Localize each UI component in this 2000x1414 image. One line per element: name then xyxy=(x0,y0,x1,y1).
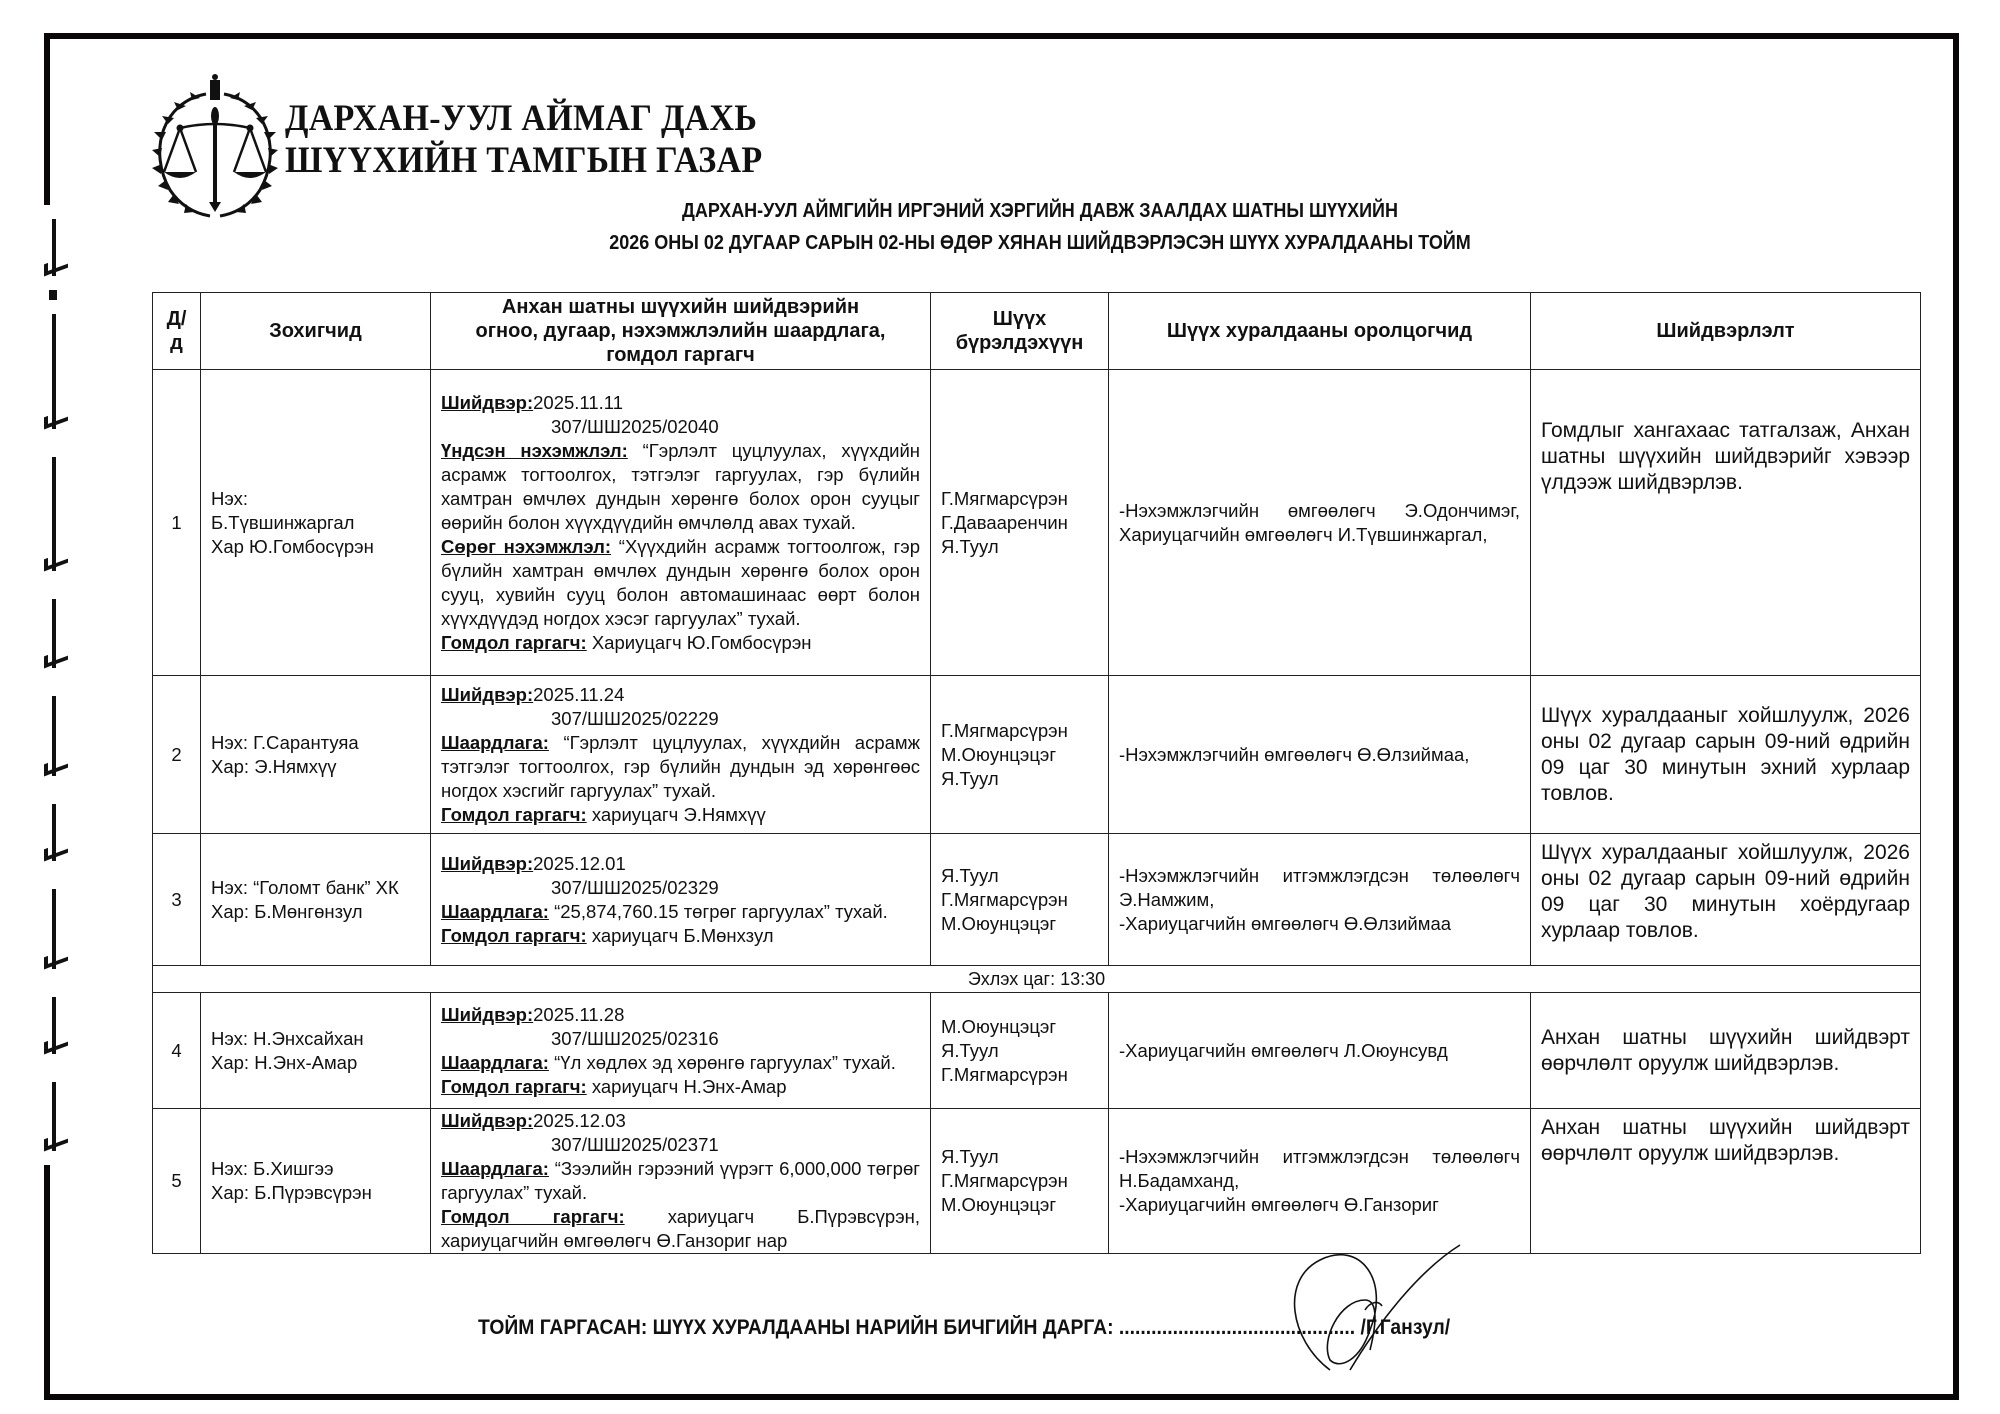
judge: Я.Туул xyxy=(941,1145,1098,1169)
resolution-cell: Шүүх хуралдааныг хойшлуулж, 2026 оны 02 … xyxy=(1531,834,1921,966)
participants-cell: -Нэхэмжлэгчийн өмгөөлөгч Ө.Өлзиймаа, xyxy=(1109,676,1531,834)
participants-cell: -Нэхэмжлэгчийн итгэмжлэгдсэн төлөөлөгч Н… xyxy=(1109,1109,1531,1254)
party: Нэх: xyxy=(211,487,420,511)
claim-label: Шаардлага: xyxy=(441,1158,549,1179)
case-number: 307/ШШ2025/02329 xyxy=(441,876,920,900)
mongolian-word-glyph xyxy=(40,457,66,571)
resolution-cell: Шүүх хуралдааныг хойшлуулж, 2026 оны 02 … xyxy=(1531,676,1921,834)
decision-date: 2025.12.03 xyxy=(533,1110,626,1131)
table-row: 3Нэх: “Голомт банк” ХКХар: Б.МөнгөнзулШи… xyxy=(153,834,1921,966)
first-instance-decision-cell: Шийдвэр:2025.11.28307/ШШ2025/02316Шаардл… xyxy=(431,993,931,1109)
claim-label: Үндсэн нэхэмжлэл: xyxy=(441,440,628,461)
appellant: Хариуцагч Ю.Гомбосүрэн xyxy=(592,632,812,653)
mongolian-word-glyph xyxy=(40,889,66,969)
first-instance-decision-cell: Шийдвэр:2025.12.03307/ШШ2025/02371Шаардл… xyxy=(431,1109,931,1254)
resolution-cell: Анхан шатны шүүхийн шийдвэрт өөрчлөлт ор… xyxy=(1531,993,1921,1109)
resolution-cell: Гомдлыг хангахаас татгалзаж, Анхан шатны… xyxy=(1531,370,1921,676)
organization-name-line1: ДАРХАН-УУЛ АЙМАГ ДАХЬ xyxy=(285,98,762,140)
appellant: хариуцагч Н.Энх-Амар xyxy=(592,1076,787,1097)
participants-cell: -Нэхэмжлэгчийн итгэмжлэгдсэн төлөөлөгч Э… xyxy=(1109,834,1531,966)
party: Хар: Б.Пүрэвсүрэн xyxy=(211,1181,420,1205)
column-header-bench: Шүүхбүрэлдэхүүн xyxy=(931,293,1109,370)
participant: -Нэхэмжлэгчийн өмгөөлөгч Э.Одончимэг, Ха… xyxy=(1119,499,1520,547)
judge: М.Оюунцэцэг xyxy=(941,1015,1098,1039)
judge: Г.Мягмарсүрэн xyxy=(941,888,1098,912)
judge: Я.Туул xyxy=(941,1039,1098,1063)
mongolian-word-glyph xyxy=(40,804,66,861)
first-instance-decision-cell: Шийдвэр:2025.11.24307/ШШ2025/02229Шаардл… xyxy=(431,676,931,834)
case-number: 307/ШШ2025/02371 xyxy=(441,1133,920,1157)
resolution-cell: Анхан шатны шүүхийн шийдвэрт өөрчлөлт ор… xyxy=(1531,1109,1921,1254)
first-instance-decision-cell: Шийдвэр:2025.11.11307/ШШ2025/02040Үндсэн… xyxy=(431,370,931,676)
decision-date: 2025.11.11 xyxy=(533,392,623,413)
row-number: 1 xyxy=(153,370,201,676)
claim-text: “25,874,760.15 төгрөг гаргуулах” тухай. xyxy=(554,901,888,922)
organization-name: ДАРХАН-УУЛ АЙМАГ ДАХЬ ШҮҮХИЙН ТАМГЫН ГАЗ… xyxy=(285,98,762,182)
column-header-resolution: Шийдвэрлэлт xyxy=(1531,293,1921,370)
bench-cell: Я.ТуулГ.МягмарсүрэнМ.Оюунцэцэг xyxy=(931,1109,1109,1254)
appellant-label: Гомдол гаргагч: xyxy=(441,925,587,946)
appellant: хариуцагч Э.Нямхүү xyxy=(592,804,766,825)
court-emblem-icon xyxy=(140,72,290,220)
participants-cell: -Нэхэмжлэгчийн өмгөөлөгч Э.Одончимэг, Ха… xyxy=(1109,370,1531,676)
table-row: 4Нэх: Н.ЭнхсайханХар: Н.Энх-АмарШийдвэр:… xyxy=(153,993,1921,1109)
parties-cell: Нэх: “Голомт банк” ХКХар: Б.Мөнгөнзул xyxy=(201,834,431,966)
table-row: 5Нэх: Б.ХишгээХар: Б.ПүрэвсүрэнШийдвэр:2… xyxy=(153,1109,1921,1254)
decision-label: Шийдвэр: xyxy=(441,853,533,874)
judge: М.Оюунцэцэг xyxy=(941,1193,1098,1217)
participant: -Хариуцагчийн өмгөөлөгч Л.Оюунсувд xyxy=(1119,1039,1520,1063)
appellant-label: Гомдол гаргагч: xyxy=(441,632,587,653)
bench-cell: Я.ТуулГ.МягмарсүрэнМ.Оюунцэцэг xyxy=(931,834,1109,966)
claim-label: Шаардлага: xyxy=(441,732,549,753)
decision-date: 2025.11.24 xyxy=(533,684,624,705)
row-number: 3 xyxy=(153,834,201,966)
parties-cell: Нэх:Б.ТүвшинжаргалХар Ю.Гомбосүрэн xyxy=(201,370,431,676)
mongolian-word-glyph xyxy=(40,599,66,668)
table-row: 2Нэх: Г.СарантуяаХар: Э.НямхүүШийдвэр:20… xyxy=(153,676,1921,834)
party: Нэх: Г.Сарантуяа xyxy=(211,731,420,755)
column-header-participants: Шүүх хуралдааны оролцогчид xyxy=(1109,293,1531,370)
bench-cell: Г.МягмарсүрэнГ.ДавааренчинЯ.Туул xyxy=(931,370,1109,676)
bench-cell: М.ОюунцэцэгЯ.ТуулГ.Мягмарсүрэн xyxy=(931,993,1109,1109)
party: Б.Түвшинжаргал xyxy=(211,511,420,535)
appellant-label: Гомдол гаргагч: xyxy=(441,1206,625,1227)
party: Нэх: “Голомт банк” ХК xyxy=(211,876,420,900)
start-time: Эхлэх цаг: 13:30 xyxy=(153,966,1921,993)
mongolian-word-glyph xyxy=(40,696,66,776)
counter-claim-label: Сөрөг нэхэмжлэл: xyxy=(441,536,611,557)
row-number: 5 xyxy=(153,1109,201,1254)
claim-text: “Үл хөдлөх эд хөрөнгө гаргуулах” тухай. xyxy=(554,1052,896,1073)
column-header-number: Д/д xyxy=(153,293,201,370)
decision-date: 2025.11.28 xyxy=(533,1004,624,1025)
appellant-label: Гомдол гаргагч: xyxy=(441,1076,587,1097)
mongolian-word-glyph xyxy=(40,314,66,428)
column-header-first-instance-decision: Анхан шатны шүүхийн шийдвэрийногноо, дуг… xyxy=(431,293,931,370)
judge: Я.Туул xyxy=(941,535,1098,559)
row-number: 4 xyxy=(153,993,201,1109)
party: Нэх: Б.Хишгээ xyxy=(211,1157,420,1181)
appellant: хариуцагч Б.Мөнхзул xyxy=(592,925,774,946)
document-title-line2: 2026 ОНЫ 02 ДУГААР САРЫН 02-НЫ ӨДӨР ХЯНА… xyxy=(140,232,1940,255)
organization-name-line2: ШҮҮХИЙН ТАМГЫН ГАЗАР xyxy=(285,140,762,182)
decision-label: Шийдвэр: xyxy=(441,1004,533,1025)
party: Хар: Н.Энх-Амар xyxy=(211,1051,420,1075)
hearing-summary-table: Д/д Зохигчид Анхан шатны шүүхийн шийдвэр… xyxy=(152,292,1921,1254)
participant: -Нэхэмжлэгчийн өмгөөлөгч Ө.Өлзиймаа, xyxy=(1119,743,1520,767)
parties-cell: Нэх: Б.ХишгээХар: Б.Пүрэвсүрэн xyxy=(201,1109,431,1254)
party: Нэх: Н.Энхсайхан xyxy=(211,1027,420,1051)
judge: Г.Давааренчин xyxy=(941,511,1098,535)
case-number: 307/ШШ2025/02229 xyxy=(441,707,920,731)
mongolian-word-glyph xyxy=(40,219,66,276)
appellant-label: Гомдол гаргагч: xyxy=(441,804,587,825)
judge: Г.Мягмарсүрэн xyxy=(941,1169,1098,1193)
mongolian-vertical-script xyxy=(36,205,70,1165)
table-header-row: Д/д Зохигчид Анхан шатны шүүхийн шийдвэр… xyxy=(153,293,1921,370)
claim-label: Шаардлага: xyxy=(441,1052,549,1073)
mongolian-word-glyph xyxy=(40,1082,66,1151)
decision-label: Шийдвэр: xyxy=(441,684,533,705)
participant: -Нэхэмжлэгчийн итгэмжлэгдсэн төлөөлөгч Э… xyxy=(1119,864,1520,912)
first-instance-decision-cell: Шийдвэр:2025.12.01307/ШШ2025/02329Шаардл… xyxy=(431,834,931,966)
party: Хар Ю.Гомбосүрэн xyxy=(211,535,420,559)
mongolian-word-glyph xyxy=(40,997,66,1054)
judge: М.Оюунцэцэг xyxy=(941,743,1098,767)
party: Хар: Б.Мөнгөнзул xyxy=(211,900,420,924)
column-header-parties: Зохигчид xyxy=(201,293,431,370)
case-number: 307/ШШ2025/02040 xyxy=(441,415,920,439)
judge: Г.Мягмарсүрэн xyxy=(941,487,1098,511)
judge: Г.Мягмарсүрэн xyxy=(941,1063,1098,1087)
row-number: 2 xyxy=(153,676,201,834)
judge: М.Оюунцэцэг xyxy=(941,912,1098,936)
table-row: 1Нэх:Б.ТүвшинжаргалХар Ю.ГомбосүрэнШийдв… xyxy=(153,370,1921,676)
decision-label: Шийдвэр: xyxy=(441,392,533,413)
claim-label: Шаардлага: xyxy=(441,901,549,922)
bench-cell: Г.МягмарсүрэнМ.ОюунцэцэгЯ.Туул xyxy=(931,676,1109,834)
prepared-by-line: ТОЙМ ГАРГАСАН: ШҮҮХ ХУРАЛДААНЫ НАРИЙН БИ… xyxy=(478,1316,1450,1340)
judge: Я.Туул xyxy=(941,864,1098,888)
judge: Я.Туул xyxy=(941,767,1098,791)
participant: -Хариуцагчийн өмгөөлөгч Ө.Ганзориг xyxy=(1119,1193,1520,1217)
participant: -Хариуцагчийн өмгөөлөгч Ө.Өлзиймаа xyxy=(1119,912,1520,936)
start-time-row: Эхлэх цаг: 13:30 xyxy=(153,966,1921,993)
participant: -Нэхэмжлэгчийн итгэмжлэгдсэн төлөөлөгч Н… xyxy=(1119,1145,1520,1193)
judge: Г.Мягмарсүрэн xyxy=(941,719,1098,743)
mongolian-dash xyxy=(49,290,57,300)
parties-cell: Нэх: Г.СарантуяаХар: Э.Нямхүү xyxy=(201,676,431,834)
document-title-line1: ДАРХАН-УУЛ АЙМГИЙН ИРГЭНИЙ ХЭРГИЙН ДАВЖ … xyxy=(140,200,1940,223)
party: Хар: Э.Нямхүү xyxy=(211,755,420,779)
participants-cell: -Хариуцагчийн өмгөөлөгч Л.Оюунсувд xyxy=(1109,993,1531,1109)
decision-label: Шийдвэр: xyxy=(441,1110,533,1131)
decision-date: 2025.12.01 xyxy=(533,853,626,874)
case-number: 307/ШШ2025/02316 xyxy=(441,1027,920,1051)
parties-cell: Нэх: Н.ЭнхсайханХар: Н.Энх-Амар xyxy=(201,993,431,1109)
